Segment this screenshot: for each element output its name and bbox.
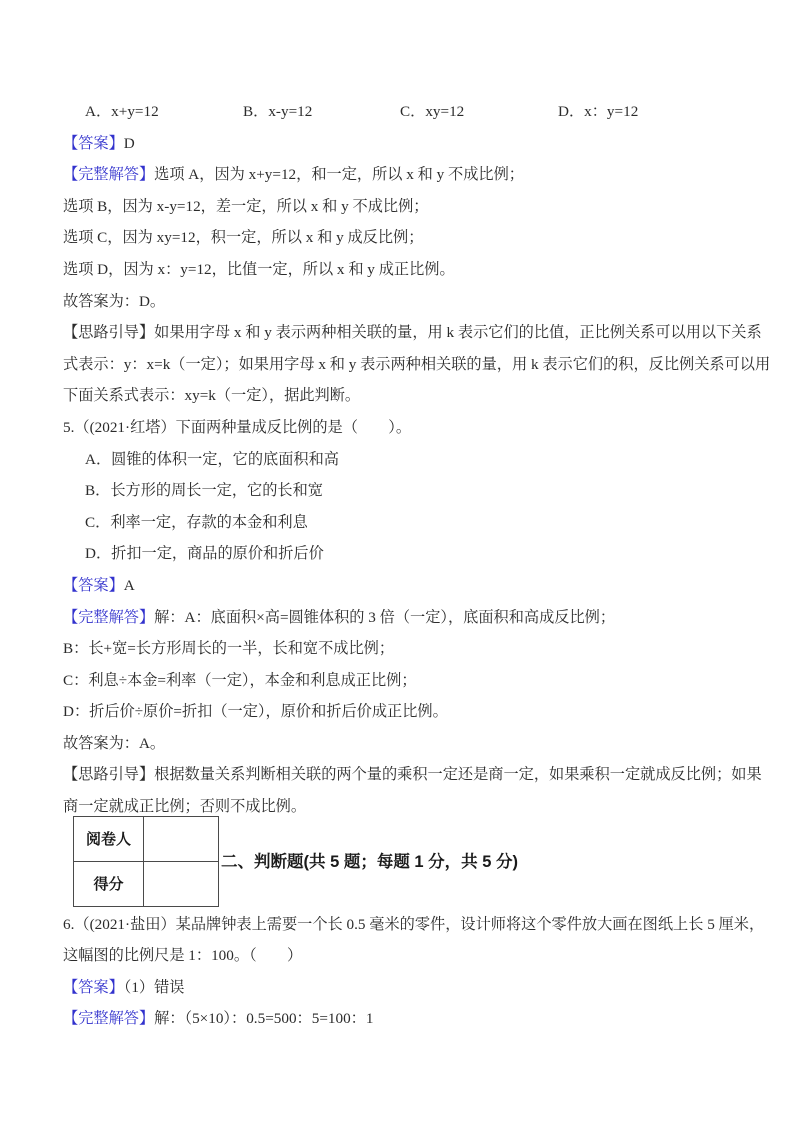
q5-option-d: D．折扣一定，商品的原价和折后价	[63, 538, 735, 570]
q5-answer-label: 【答案】	[63, 577, 124, 594]
q4-option-d: D．x：y=12	[558, 96, 638, 128]
q4-option-c: C．xy=12	[400, 96, 464, 128]
q4-solution-line-4: 选项 D，因为 x：y=12，比值一定，所以 x 和 y 成正比例。	[63, 254, 735, 286]
grader-label-cell: 阅卷人	[74, 816, 144, 861]
q4-solution-conclusion: 故答案为：D。	[63, 286, 735, 318]
q4-hint-line-2: 式表示：y：x=k（一定）；如果用字母 x 和 y 表示两种相关联的量，用 k …	[63, 349, 735, 381]
q4-hint-line-3: 下面关系式表示：xy=k（一定），据此判断。	[63, 380, 735, 412]
q4-solution-label: 【完整解答】	[63, 166, 154, 183]
grading-table-row-score: 得分	[74, 861, 219, 906]
q4-answer-value: D	[124, 135, 135, 152]
q5-answer-value: A	[124, 577, 135, 594]
q4-option-b: B．x-y=12	[243, 96, 312, 128]
grading-table-row-grader: 阅卷人	[74, 816, 219, 861]
document-page: A．x+y=12 B．x-y=12 C．xy=12 D．x：y=12 【答案】D…	[0, 0, 793, 1122]
q5-hint-line-1: 【思路引导】根据数量关系判断相关联的两个量的乘积一定还是商一定，如果乘积一定就成…	[63, 759, 735, 791]
score-value-cell	[144, 861, 219, 906]
q6-solution-label: 【完整解答】	[63, 1010, 154, 1027]
q5-option-a: A．圆锥的体积一定，它的底面积和高	[63, 444, 735, 476]
q6-answer-value: （1）错误	[124, 979, 185, 996]
score-label-cell: 得分	[74, 861, 144, 906]
q5-solution-conclusion: 故答案为：A。	[63, 728, 735, 760]
q4-answer-label: 【答案】	[63, 135, 124, 152]
q4-answer-line: 【答案】D	[63, 128, 735, 160]
q5-option-c: C．利率一定，存款的本金和利息	[63, 507, 735, 539]
q5-solution-line-1: 【完整解答】解：A：底面积×高=圆锥体积的 3 倍（一定），底面积和高成反比例；	[63, 602, 735, 634]
q4-options-row: A．x+y=12 B．x-y=12 C．xy=12 D．x：y=12	[63, 96, 735, 128]
section2-heading: 二、判断题(共 5 题；每题 1 分，共 5 分)	[221, 847, 518, 877]
q6-answer-line: 【答案】（1）错误	[63, 972, 735, 1004]
q4-solution-line-3: 选项 C，因为 xy=12，积一定，所以 x 和 y 成反比例；	[63, 222, 735, 254]
page-content: A．x+y=12 B．x-y=12 C．xy=12 D．x：y=12 【答案】D…	[63, 96, 735, 1035]
q5-stem: 5.（(2021·红塔）下面两种量成反比例的是（ ）。	[63, 412, 735, 444]
q5-solution-line-2: B：长+宽=长方形周长的一半，长和宽不成比例；	[63, 633, 735, 665]
q4-solution-line-2: 选项 B，因为 x-y=12，差一定，所以 x 和 y 不成比例；	[63, 191, 735, 223]
q5-solution-line-4: D：折后价÷原价=折扣（一定），原价和折后价成正比例。	[63, 696, 735, 728]
q6-stem-line-2: 这幅图的比例尺是 1：100。（ ）	[63, 940, 735, 972]
q5-solution-line-3: C：利息÷本金=利率（一定），本金和利息成正比例；	[63, 665, 735, 697]
q6-stem-line-1: 6.（(2021·盐田）某品牌钟表上需要一个长 0.5 毫米的零件，设计师将这个…	[63, 909, 735, 941]
q5-answer-line: 【答案】A	[63, 570, 735, 602]
grader-value-cell	[144, 816, 219, 861]
q5-solution-label: 【完整解答】	[63, 609, 154, 626]
q4-hint-line-1: 【思路引导】如果用字母 x 和 y 表示两种相关联的量，用 k 表示它们的比值，…	[63, 317, 735, 349]
grading-block: 阅卷人 得分 二、判断题(共 5 题；每题 1 分，共 5 分)	[63, 816, 735, 906]
q5-hint-text-1: 根据数量关系判断相关联的两个量的乘积一定还是商一定，如果乘积一定就成反比例；如果	[154, 766, 762, 783]
q4-solution-text-1: 选项 A，因为 x+y=12，和一定，所以 x 和 y 不成比例；	[154, 166, 524, 183]
q4-solution-line-1: 【完整解答】选项 A，因为 x+y=12，和一定，所以 x 和 y 不成比例；	[63, 159, 735, 191]
q6-answer-label: 【答案】	[63, 979, 124, 996]
grading-table: 阅卷人 得分	[73, 816, 219, 907]
q4-hint-label: 【思路引导】	[63, 324, 154, 341]
q5-option-b: B．长方形的周长一定，它的长和宽	[63, 475, 735, 507]
q4-option-a: A．x+y=12	[85, 96, 159, 128]
q6-solution-line: 【完整解答】解：（5×10）：0.5=500：5=100：1	[63, 1003, 735, 1035]
q5-solution-text-1: 解：A：底面积×高=圆锥体积的 3 倍（一定），底面积和高成反比例；	[154, 609, 615, 626]
q5-hint-label: 【思路引导】	[63, 766, 154, 783]
q4-hint-text-1: 如果用字母 x 和 y 表示两种相关联的量，用 k 表示它们的比值，正比例关系可…	[154, 324, 762, 341]
q6-solution-text: 解：（5×10）：0.5=500：5=100：1	[154, 1010, 373, 1027]
